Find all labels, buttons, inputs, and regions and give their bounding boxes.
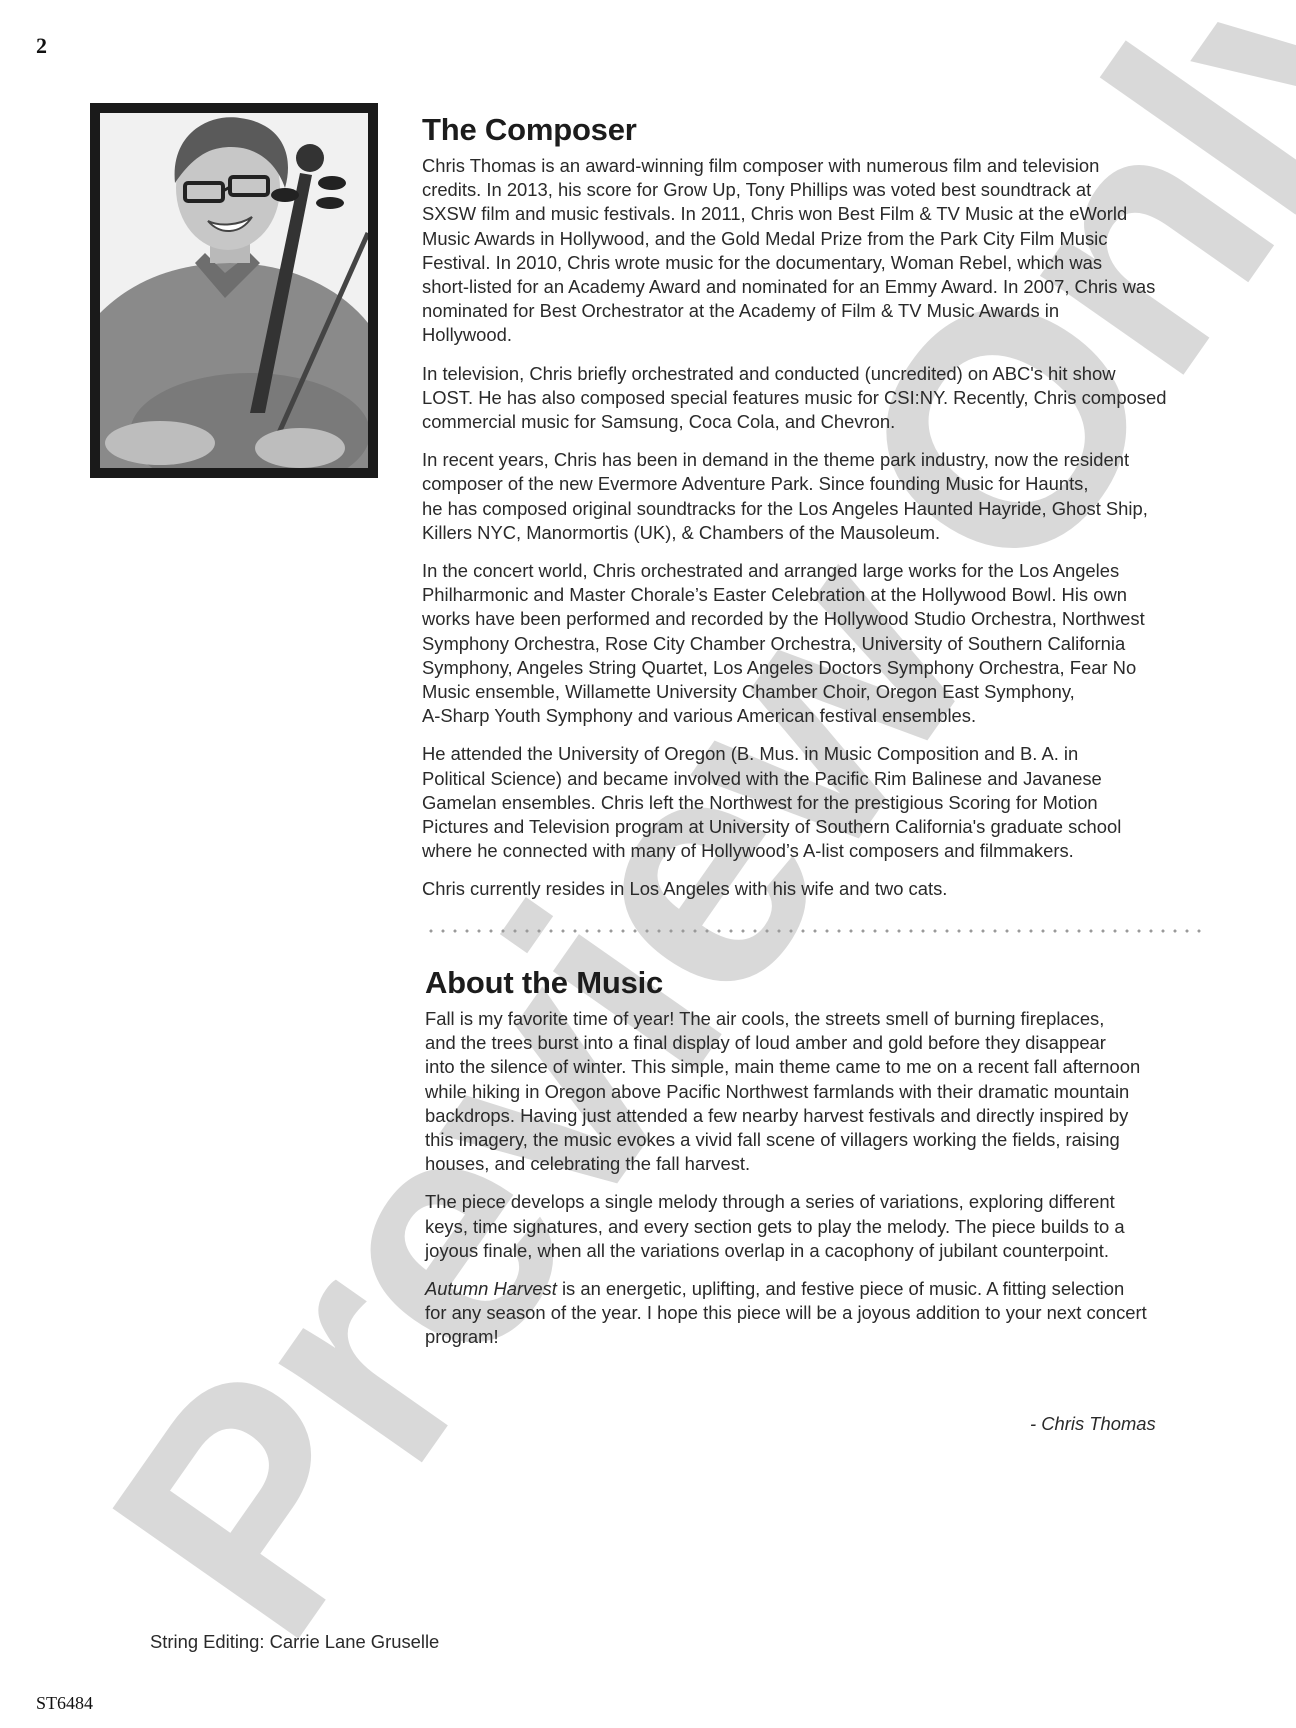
text-line: Autumn Harvest is an energetic, upliftin…: [425, 1277, 1225, 1301]
composer-paragraph-4: In the concert world, Chris orchestrated…: [422, 559, 1222, 728]
text-line: nominated for Best Orchestrator at the A…: [422, 299, 1222, 323]
signature: - Chris Thomas: [1030, 1413, 1156, 1435]
portrait-cello-icon: [100, 113, 368, 468]
text-run: is an energetic, uplifting, and festive …: [557, 1278, 1124, 1299]
music-section: About the Music Fall is my favorite time…: [425, 965, 1225, 1364]
text-line: credits. In 2013, his score for Grow Up,…: [422, 178, 1222, 202]
text-line: Pictures and Television program at Unive…: [422, 815, 1222, 839]
catalog-code: ST6484: [36, 1693, 93, 1714]
composer-section: The Composer Chris Thomas is an award-wi…: [422, 112, 1222, 916]
text-line: this imagery, the music evokes a vivid f…: [425, 1128, 1225, 1152]
text-line: keys, time signatures, and every section…: [425, 1215, 1225, 1239]
dotted-divider: [425, 929, 1205, 933]
composer-paragraph-5: He attended the University of Oregon (B.…: [422, 742, 1222, 863]
composer-photo: [100, 113, 368, 468]
text-line: Fall is my favorite time of year! The ai…: [425, 1007, 1225, 1031]
text-line: where he connected with many of Hollywoo…: [422, 839, 1222, 863]
text-line: In the concert world, Chris orchestrated…: [422, 559, 1222, 583]
text-line: joyous finale, when all the variations o…: [425, 1239, 1225, 1263]
text-line: composer of the new Evermore Adventure P…: [422, 472, 1222, 496]
text-line: Political Science) and became involved w…: [422, 767, 1222, 791]
composer-paragraph-6: Chris currently resides in Los Angeles w…: [422, 877, 1222, 901]
text-line: Festival. In 2010, Chris wrote music for…: [422, 251, 1222, 275]
text-line: Symphony, Angeles String Quartet, Los An…: [422, 656, 1222, 680]
text-line: SXSW film and music festivals. In 2011, …: [422, 202, 1222, 226]
composer-paragraph-2: In television, Chris briefly orchestrate…: [422, 362, 1222, 435]
music-paragraph-1: Fall is my favorite time of year! The ai…: [425, 1007, 1225, 1176]
text-line: In television, Chris briefly orchestrate…: [422, 362, 1222, 386]
text-line: while hiking in Oregon above Pacific Nor…: [425, 1080, 1225, 1104]
text-line: Symphony Orchestra, Rose City Chamber Or…: [422, 632, 1222, 656]
text-line: program!: [425, 1325, 1225, 1349]
music-paragraph-3: Autumn Harvest is an energetic, upliftin…: [425, 1277, 1225, 1350]
text-line: In recent years, Chris has been in deman…: [422, 448, 1222, 472]
music-heading: About the Music: [425, 965, 1225, 1001]
composer-heading: The Composer: [422, 112, 1222, 148]
text-line: houses, and celebrating the fall harvest…: [425, 1152, 1225, 1176]
text-line: Philharmonic and Master Chorale’s Easter…: [422, 583, 1222, 607]
composer-paragraph-3: In recent years, Chris has been in deman…: [422, 448, 1222, 545]
text-line: Gamelan ensembles. Chris left the Northw…: [422, 791, 1222, 815]
text-line: Chris Thomas is an award-winning film co…: [422, 154, 1222, 178]
text-line: he has composed original soundtracks for…: [422, 497, 1222, 521]
text-line: backdrops. Having just attended a few ne…: [425, 1104, 1225, 1128]
text-line: Music Awards in Hollywood, and the Gold …: [422, 227, 1222, 251]
text-line: LOST. He has also composed special featu…: [422, 386, 1222, 410]
text-line: commercial music for Samsung, Coca Cola,…: [422, 410, 1222, 434]
string-editing-credit: String Editing: Carrie Lane Gruselle: [150, 1631, 439, 1653]
text-line: for any season of the year. I hope this …: [425, 1301, 1225, 1325]
text-line: He attended the University of Oregon (B.…: [422, 742, 1222, 766]
music-paragraph-2: The piece develops a single melody throu…: [425, 1190, 1225, 1263]
text-line: works have been performed and recorded b…: [422, 607, 1222, 631]
composer-paragraph-1: Chris Thomas is an award-winning film co…: [422, 154, 1222, 348]
text-line: into the silence of winter. This simple,…: [425, 1055, 1225, 1079]
piece-title: Autumn Harvest: [425, 1278, 557, 1299]
composer-photo-frame: [90, 103, 378, 478]
text-line: short-listed for an Academy Award and no…: [422, 275, 1222, 299]
text-line: and the trees burst into a final display…: [425, 1031, 1225, 1055]
text-line: Killers NYC, Manormortis (UK), & Chamber…: [422, 521, 1222, 545]
page-number: 2: [36, 33, 47, 59]
text-line: Hollywood.: [422, 323, 1222, 347]
text-line: Music ensemble, Willamette University Ch…: [422, 680, 1222, 704]
text-line: The piece develops a single melody throu…: [425, 1190, 1225, 1214]
text-line: Chris currently resides in Los Angeles w…: [422, 877, 1222, 901]
text-line: A-Sharp Youth Symphony and various Ameri…: [422, 704, 1222, 728]
